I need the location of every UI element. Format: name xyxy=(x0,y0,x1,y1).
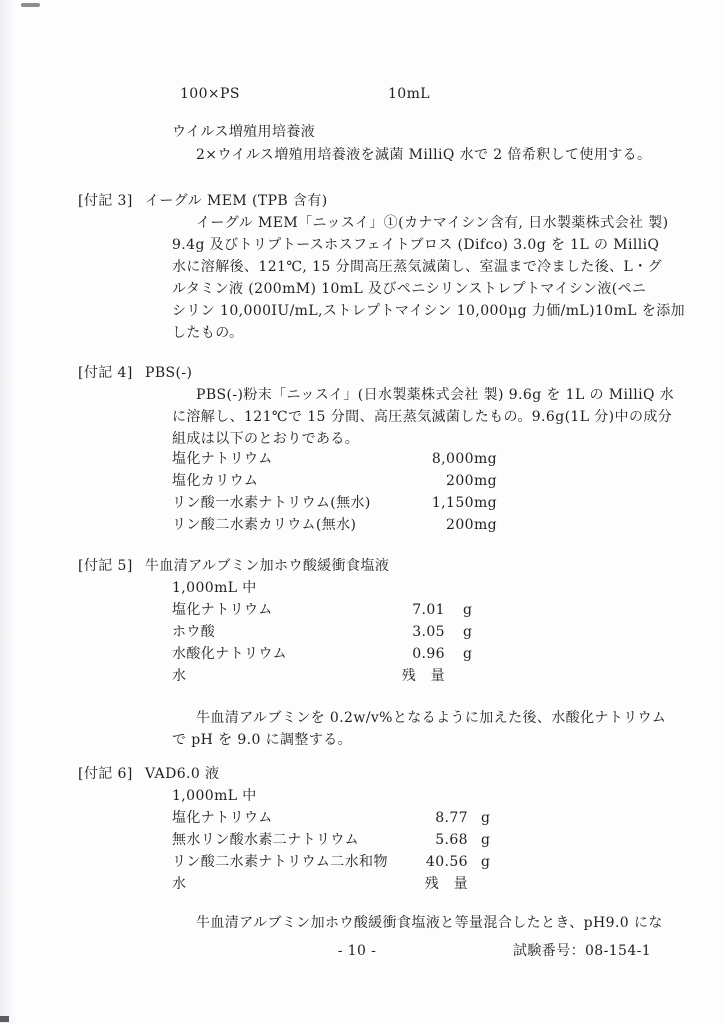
table-row: 塩化ナトリウム 8.77 g xyxy=(172,807,532,829)
scan-artifact-top xyxy=(21,3,40,7)
component-amount: 7.01 xyxy=(350,599,445,621)
component-amount: 0.96 xyxy=(350,643,445,665)
appendix6-composition-table: 塩化ナトリウム 8.77 g 無水リン酸水素二ナトリウム 5.68 g リン酸二… xyxy=(172,807,532,895)
appendix4-composition-table: 塩化ナトリウム 8,000mg 塩化カリウム 200mg リン酸一水素ナトリウム… xyxy=(172,448,532,536)
paragraph-line: 9.4g 及びトリプトースホスフェイトブロス (Difco) 3.0g を 1L… xyxy=(172,234,685,256)
table-row: リン酸二水素カリウム(無水) 200mg xyxy=(172,514,532,536)
component-unit: g xyxy=(481,807,490,829)
appendix5-composition-table: 塩化ナトリウム 7.01 g ホウ酸 3.05 g 水酸化ナトリウム 0.96 … xyxy=(172,599,532,687)
paragraph-line: 水に溶解後、121℃, 15 分間高圧蒸気滅菌し、室温まで冷ました後、L・グ xyxy=(172,256,685,278)
paragraph-line: 牛血清アルブミン加ホウ酸緩衝食塩液と等量混合したとき、pH9.0 にな xyxy=(172,912,663,934)
table-row: 水 残 量 xyxy=(172,873,532,895)
component-amount: 200mg xyxy=(372,514,497,536)
component-amount: 残 量 xyxy=(350,665,445,687)
table-row: リン酸二水素ナトリウム二水和物 40.56 g xyxy=(172,851,532,873)
page-number: - 10 - xyxy=(322,940,392,962)
ingredient-value-100xps: 10mL xyxy=(388,83,430,105)
appendix4-title: PBS(-) xyxy=(145,362,192,384)
appendix6-subtitle: 1,000mL 中 xyxy=(172,785,257,807)
component-unit: g xyxy=(481,829,490,851)
paragraph-line: PBS(-)粉末「ニッスイ」(日水製薬株式会社 製) 9.6g を 1L の M… xyxy=(172,384,674,406)
component-amount: 8,000mg xyxy=(372,448,497,470)
component-name: 水 xyxy=(172,876,186,892)
table-row: 塩化ナトリウム 7.01 g xyxy=(172,599,532,621)
appendix5-title: 牛血清アルブミン加ホウ酸緩衝食塩液 xyxy=(145,555,389,577)
table-row: 塩化ナトリウム 8,000mg xyxy=(172,448,532,470)
component-name: 塩化ナトリウム xyxy=(172,602,273,618)
component-name: リン酸二水素カリウム(無水) xyxy=(172,517,356,533)
component-name: リン酸二水素ナトリウム二水和物 xyxy=(172,854,388,870)
component-name: 水酸化ナトリウム xyxy=(172,646,287,662)
component-unit: g xyxy=(463,621,472,643)
paragraph-line: で pH を 9.0 に調整する。 xyxy=(172,729,666,751)
component-name: ホウ酸 xyxy=(172,624,215,640)
scanned-document-page: 100×PS 10mL ウイルス増殖用培養液 2×ウイルス増殖用培養液を滅菌 M… xyxy=(0,0,724,1023)
paragraph-line: したもの。 xyxy=(172,322,685,344)
component-name: リン酸一水素ナトリウム(無水) xyxy=(172,495,371,511)
table-row: ホウ酸 3.05 g xyxy=(172,621,532,643)
ingredient-label-100xps: 100×PS xyxy=(180,83,240,105)
appendix4-tag: [付記 4] xyxy=(78,362,133,384)
component-unit: g xyxy=(463,599,472,621)
appendix5-tag: [付記 5] xyxy=(78,555,133,577)
component-name: 塩化ナトリウム xyxy=(172,810,273,826)
component-unit: g xyxy=(463,643,472,665)
virus-medium-body: 2×ウイルス増殖用培養液を滅菌 MilliQ 水で 2 倍希釈して使用する。 xyxy=(196,144,651,166)
component-amount: 1,150mg xyxy=(372,492,497,514)
component-amount: 3.05 xyxy=(350,621,445,643)
component-amount: 8.77 xyxy=(373,807,468,829)
scan-artifact-bottom xyxy=(0,1016,9,1022)
appendix6-tag: [付記 6] xyxy=(78,763,133,785)
paragraph-line: 組成は以下のとおりである。 xyxy=(172,428,674,450)
appendix3-tag: [付記 3] xyxy=(78,190,133,212)
table-row: 塩化カリウム 200mg xyxy=(172,470,532,492)
component-unit: g xyxy=(481,851,490,873)
table-row: 水酸化ナトリウム 0.96 g xyxy=(172,643,532,665)
component-name: 塩化カリウム xyxy=(172,473,258,489)
component-amount: 5.68 xyxy=(373,829,468,851)
table-row: 無水リン酸水素二ナトリウム 5.68 g xyxy=(172,829,532,851)
paragraph-line: イーグル MEM「ニッスイ」①(カナマイシン含有, 日水製薬株式会社 製) xyxy=(172,212,685,234)
virus-medium-title: ウイルス増殖用培養液 xyxy=(172,121,315,143)
paragraph-line: ルタミン液 (200mM) 10mL 及びペニシリンストレプトマイシン液(ペニ xyxy=(172,278,685,300)
paragraph-line: に溶解し、121℃で 15 分間、高圧蒸気滅菌したもの。9.6g(1L 分)中の… xyxy=(172,406,674,428)
scan-edge-shadow xyxy=(0,0,16,1023)
appendix6-closing-line: 牛血清アルブミン加ホウ酸緩衝食塩液と等量混合したとき、pH9.0 にな xyxy=(172,912,663,934)
appendix4-paragraph: PBS(-)粉末「ニッスイ」(日水製薬株式会社 製) 9.6g を 1L の M… xyxy=(172,384,674,450)
paragraph-line: 牛血清アルブミンを 0.2w/v%となるように加えた後、水酸化ナトリウム xyxy=(172,707,666,729)
component-amount: 200mg xyxy=(372,470,497,492)
component-amount: 40.56 xyxy=(373,851,468,873)
component-amount: 残 量 xyxy=(373,873,468,895)
appendix5-note: 牛血清アルブミンを 0.2w/v%となるように加えた後、水酸化ナトリウム で p… xyxy=(172,707,666,751)
appendix6-title: VAD6.0 液 xyxy=(145,763,219,785)
component-name: 無水リン酸水素二ナトリウム xyxy=(172,832,359,848)
paragraph-line: シリン 10,000IU/mL,ストレプトマイシン 10,000μg 力価/mL… xyxy=(172,300,685,322)
table-row: 水 残 量 xyxy=(172,665,532,687)
component-name: 水 xyxy=(172,668,186,684)
appendix3-paragraph: イーグル MEM「ニッスイ」①(カナマイシン含有, 日水製薬株式会社 製) 9.… xyxy=(172,212,685,344)
appendix3-title: イーグル MEM (TPB 含有) xyxy=(145,190,328,212)
test-number: 試験番号：08-154-1 xyxy=(513,940,651,962)
appendix5-subtitle: 1,000mL 中 xyxy=(172,577,257,599)
table-row: リン酸一水素ナトリウム(無水) 1,150mg xyxy=(172,492,532,514)
component-name: 塩化ナトリウム xyxy=(172,451,273,467)
